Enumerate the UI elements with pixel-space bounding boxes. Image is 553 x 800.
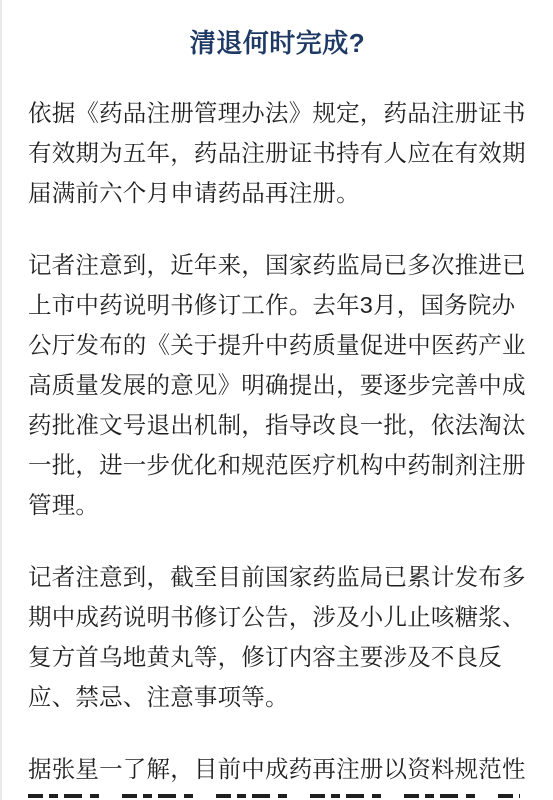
clipped-next-line-tops: [28, 794, 520, 798]
paragraph-re-registration: 据张星一了解，目前中成药再注册以资料规范性: [28, 749, 527, 789]
paragraph-revision-policy: 记者注意到，近年来，国家药监局已多次推进已 上市中药说明书修订工作。去年3月，国…: [28, 245, 527, 525]
paragraph-registration-rule: 依据《药品注册管理办法》规定，药品注册证书 有效期为五年，药品注册证书持有人应在…: [28, 93, 527, 213]
section-title: 清退何时完成?: [28, 25, 527, 61]
article-page: 清退何时完成? 依据《药品注册管理办法》规定，药品注册证书 有效期为五年，药品注…: [0, 0, 553, 800]
paragraph-announcements: 记者注意到，截至目前国家药监局已累计发布多 期中成药说明书修订公告，涉及小儿止咳…: [28, 557, 527, 717]
